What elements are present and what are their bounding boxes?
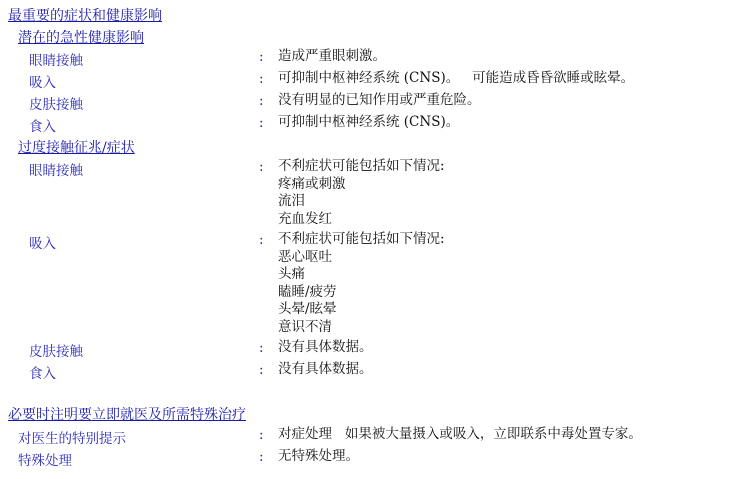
label-notes-to-physician: 对医生的特别提示 xyxy=(18,427,126,447)
subheading-acute-effects: 潜在的急性健康影响 xyxy=(18,27,144,47)
separator-colon: : xyxy=(259,340,264,356)
subheading-overexposure: 过度接触征兆/症状 xyxy=(18,137,135,157)
label-skin-contact: 皮肤接触 xyxy=(29,93,83,113)
label-eye-contact-symptoms: 眼睛接触 xyxy=(29,159,83,179)
separator-colon: : xyxy=(259,115,264,131)
value-ingestion-symptoms: 没有具体数据。 xyxy=(278,361,373,379)
separator-colon: : xyxy=(259,93,264,109)
separator-colon: : xyxy=(259,427,264,443)
label-skin-contact-symptoms: 皮肤接触 xyxy=(29,340,83,360)
label-eye-contact: 眼睛接触 xyxy=(29,49,83,69)
value-notes-to-physician: 对症处理 如果被大量摄入或吸入，立即联系中毒处置专家。 xyxy=(278,426,642,444)
value-specific-treatments: 无特殊处理。 xyxy=(278,448,359,466)
label-ingestion-symptoms: 食入 xyxy=(29,362,56,382)
section-heading-medical-attention: 必要时注明要立即就医及所需特殊治疗 xyxy=(8,404,246,424)
value-skin-contact: 没有明显的已知作用或严重危险。 xyxy=(278,92,481,110)
label-ingestion: 食入 xyxy=(29,115,56,135)
separator-colon: : xyxy=(259,49,264,65)
value-eye-contact: 造成严重眼刺激。 xyxy=(278,48,386,66)
value-inhalation: 可抑制中枢神经系统 (CNS)。 可能造成昏昏欲睡或眩晕。 xyxy=(278,70,634,88)
value-skin-contact-symptoms: 没有具体数据。 xyxy=(278,339,373,357)
label-specific-treatments: 特殊处理 xyxy=(18,449,72,469)
value-ingestion: 可抑制中枢神经系统 (CNS)。 xyxy=(278,114,459,132)
section-heading-symptoms: 最重要的症状和健康影响 xyxy=(8,5,162,25)
separator-colon: : xyxy=(259,449,264,465)
value-eye-contact-symptoms: 不利症状可能包括如下情况: 疼痛或刺激 流泪 充血发红 xyxy=(278,158,445,228)
separator-colon: : xyxy=(259,71,264,87)
label-inhalation: 吸入 xyxy=(29,71,56,91)
separator-colon: : xyxy=(259,362,264,378)
value-inhalation-symptoms: 不利症状可能包括如下情况: 恶心呕吐 头痛 瞌睡/疲劳 头晕/眩晕 意识不清 xyxy=(278,231,445,336)
label-inhalation-symptoms: 吸入 xyxy=(29,232,56,252)
separator-colon: : xyxy=(259,159,264,175)
separator-colon: : xyxy=(259,232,264,248)
